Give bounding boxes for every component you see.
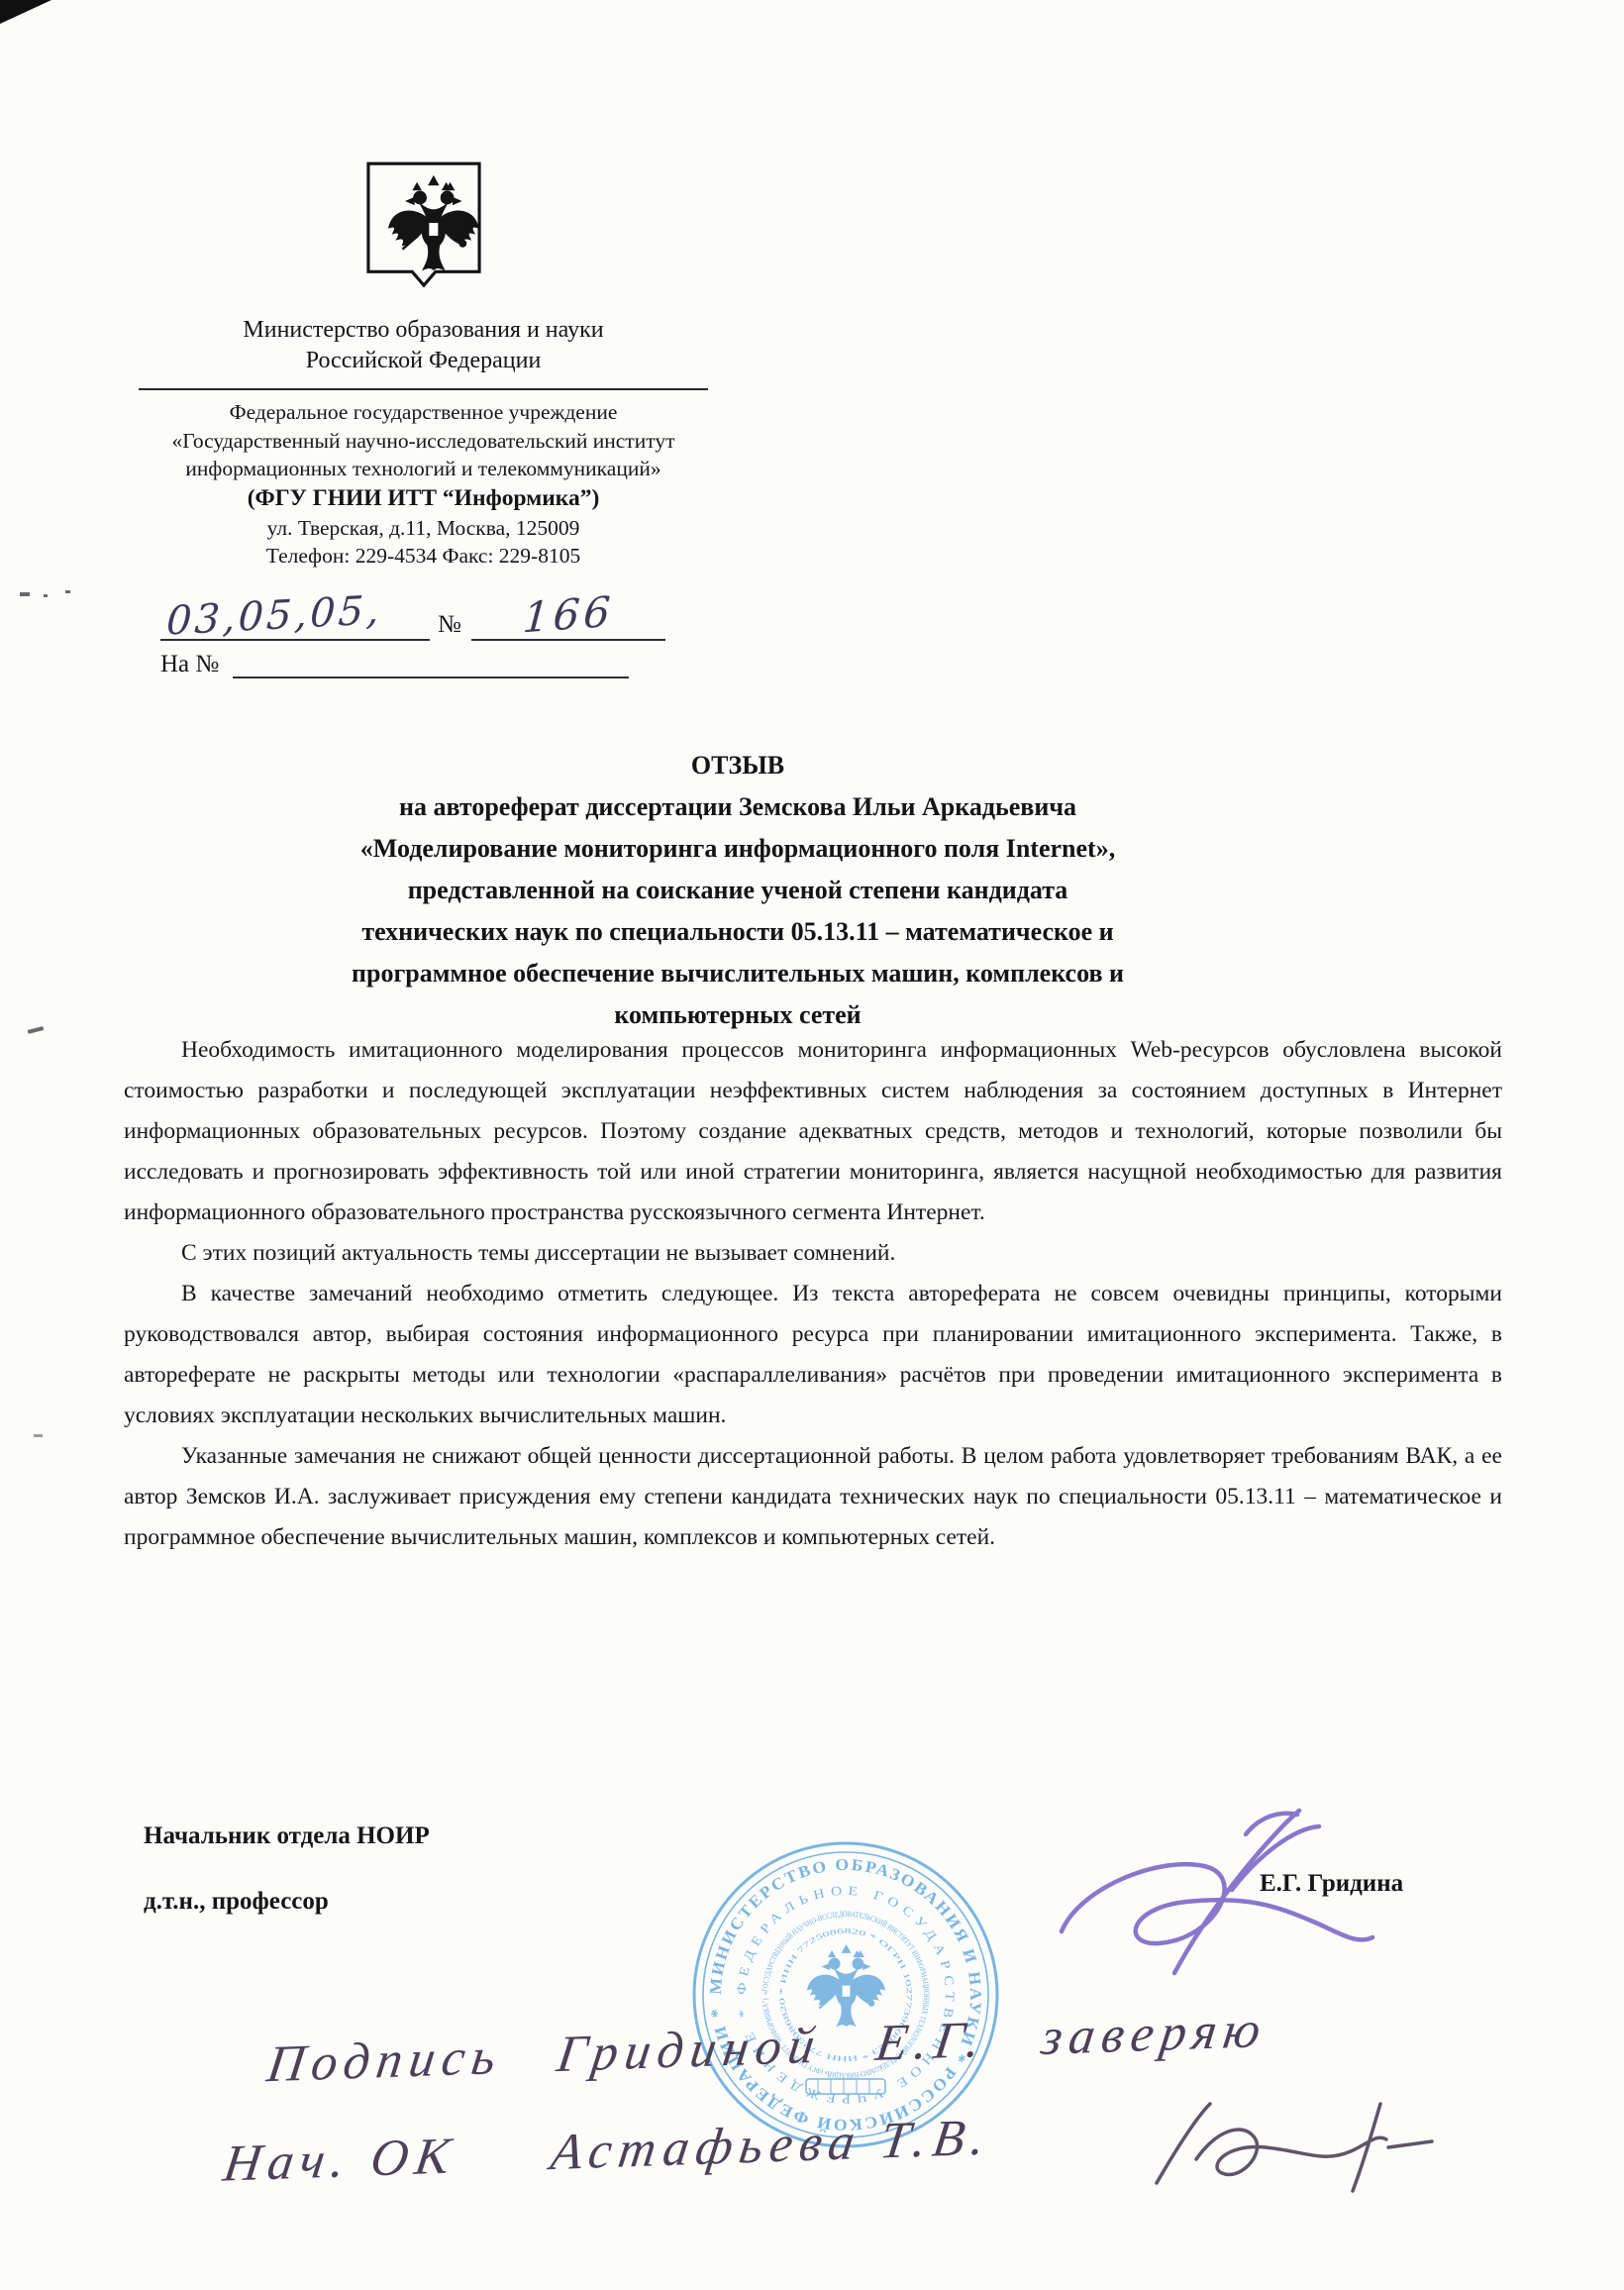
- number-sign: №: [430, 611, 471, 641]
- certifier-line: Нач. ОКАстафьева Т.В.: [220, 2108, 995, 2193]
- title-line: программное обеспечение вычислительных м…: [139, 953, 1337, 994]
- org-address: ул. Тверская, д.11, Москва, 125009: [139, 514, 708, 543]
- ministry-line1: Министерство образования и науки: [139, 315, 708, 346]
- outgoing-number-row: 03,05,05, № 166: [160, 590, 715, 641]
- org-line1: Федеральное государственное учреждение: [139, 398, 708, 427]
- scan-artifact: [34, 1434, 43, 1437]
- gridina-signature: [1010, 1805, 1386, 1993]
- paragraph: Указанные замечания не снижают общей цен…: [124, 1436, 1502, 1558]
- ministry-name: Министерство образования и науки Российс…: [139, 315, 708, 376]
- certifier-position: Нач. ОК: [220, 2128, 460, 2193]
- reference-block: 03,05,05, № 166 На №: [160, 590, 715, 678]
- document-title: ОТЗЫВ на автореферат диссертации Земсков…: [139, 745, 1337, 1036]
- title-line: представленной на соискание ученой степе…: [139, 870, 1337, 911]
- letterhead-divider: [139, 388, 708, 390]
- signer-position-line1: Начальник отдела НОИР: [144, 1822, 430, 1850]
- handwritten-date: 03,05,05,: [159, 587, 383, 645]
- astafyeva-signature: [1139, 2092, 1456, 2211]
- paragraph: С этих позиций актуальность темы диссерт…: [124, 1233, 1502, 1274]
- title-line: технических наук по специальности 05.13.…: [139, 911, 1337, 953]
- org-line2: «Государственный научно-исследовательски…: [139, 427, 708, 456]
- org-phone: Телефон: 229-4534 Факс: 229-8105: [139, 542, 708, 571]
- reply-label: На №: [160, 651, 219, 678]
- reply-number-row: На №: [160, 651, 715, 678]
- coat-of-arms-icon: [365, 160, 482, 301]
- org-short-name: (ФГУ ГНИИ ИТТ “Информика”): [139, 483, 708, 514]
- title-line: ОТЗЫВ: [139, 745, 1337, 786]
- reply-number-field: [233, 653, 629, 678]
- scan-artifact: [44, 594, 48, 597]
- org-line3: информационных технологий и телекоммуник…: [139, 455, 708, 483]
- scan-artifact: [28, 1026, 44, 1034]
- ministry-line2: Российской Федерации: [139, 346, 708, 376]
- review-body: Необходимость имитационного моделировани…: [124, 1030, 1502, 1558]
- date-field: 03,05,05,: [160, 593, 430, 641]
- certifier-name: Астафьева Т.В.: [548, 2109, 995, 2181]
- title-line: на автореферат диссертации Земскова Ильи…: [139, 786, 1337, 828]
- scanned-review-letter: Министерство образования и науки Российс…: [0, 0, 1624, 2290]
- signer-position-line2: д.т.н., профессор: [144, 1888, 329, 1916]
- paragraph: В качестве замечаний необходимо отметить…: [124, 1274, 1502, 1436]
- scan-artifact-corner: [0, 0, 51, 24]
- official-round-stamp: МИНИСТЕРСТВО ОБРАЗОВАНИЯ И НАУКИ * РОССИ…: [686, 1835, 1005, 2154]
- handwritten-number: 166: [521, 587, 615, 643]
- scan-artifact: [65, 590, 70, 593]
- title-line: «Моделирование мониторинга информационно…: [139, 828, 1337, 870]
- letterhead: Министерство образования и науки Российс…: [139, 160, 708, 571]
- scan-artifact: [20, 592, 30, 596]
- paragraph: Необходимость имитационного моделировани…: [124, 1030, 1502, 1233]
- number-field: 166: [471, 590, 665, 641]
